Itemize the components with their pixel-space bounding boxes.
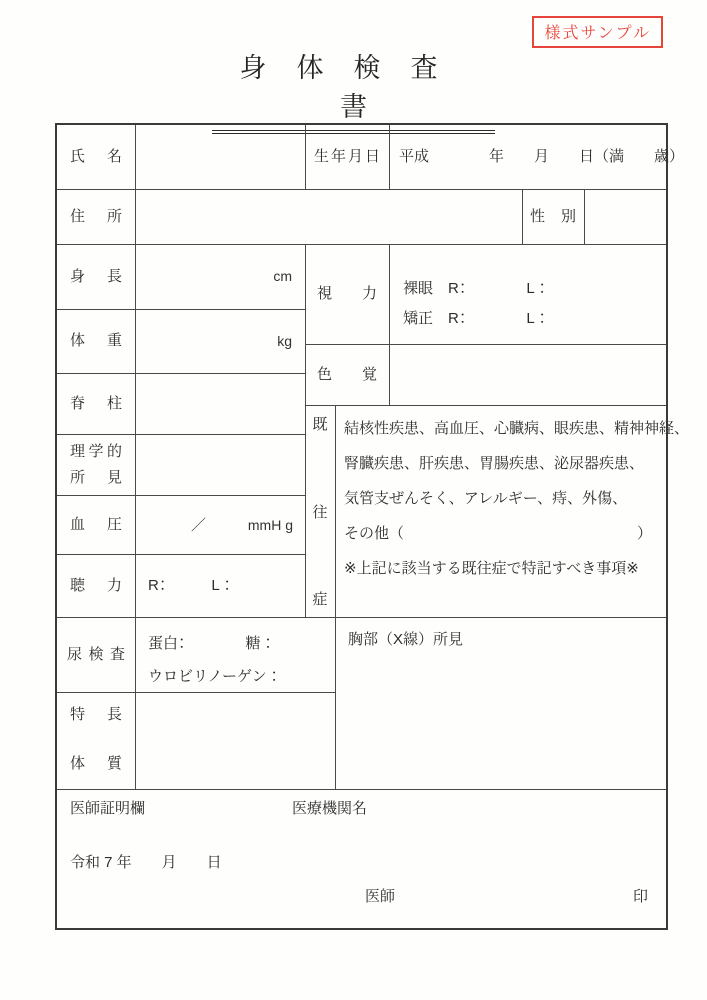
doctor-certification-label: 医師証明欄 (70, 797, 145, 818)
blood-pressure-value: ／ mmH g (136, 495, 305, 554)
history-label-char3: 症 (312, 588, 327, 609)
history-line: 気管支ぜんそく、アレルギー、痔、外傷、 (344, 481, 666, 516)
weight-label: 体 重 (57, 309, 135, 373)
history-content: 結核性疾患、高血圧、心臓病、眼疾患、精神神経、 腎臓疾患、肝疾患、胃腸疾患、泌尿… (335, 405, 666, 617)
exam-form-table: 氏 名 生年月日 平成 年 月 日（満 歳） 住 所 性 別 身 長 cm 体 … (55, 123, 668, 930)
physical-findings-value-cell (136, 434, 305, 495)
address-label: 住 所 (57, 189, 135, 244)
history-label-char1: 既 (312, 413, 327, 434)
certification-date: 令和 7 年 月 日 (70, 851, 222, 872)
seal-label: 印 (633, 885, 648, 906)
birthdate-label: 生年月日 (305, 125, 389, 189)
history-note: ※上記に該当する既往症で特記すべき事項※ (344, 551, 666, 586)
blood-pressure-slash: ／ (191, 514, 206, 535)
blood-pressure-label: 血 圧 (57, 495, 135, 554)
form-title-wrap: 身体検査書 (0, 46, 707, 134)
spine-label: 脊 柱 (57, 373, 135, 434)
weight-unit: kg (136, 309, 305, 373)
vision-label: 視 力 (305, 244, 389, 344)
format-sample-badge: 様式サンプル (532, 16, 663, 48)
history-line: 腎臓疾患、肝疾患、胃腸疾患、泌尿器疾患、 (344, 446, 666, 481)
hearing-value: R： L： (136, 554, 305, 617)
history-label-column: 既 往 症 (305, 405, 335, 617)
urine-test-label: 尿検査 (57, 617, 135, 692)
history-other-open: その他（ (344, 516, 404, 551)
urine-urobilinogen-line: ウロビリノーゲン： (148, 660, 335, 693)
urine-test-value: 蛋白： 糖： ウロビリノーゲン： (136, 617, 335, 692)
vision-value: 裸眼 R： L： 矯正 R： L： (389, 244, 666, 344)
history-other-line: その他（ ） (344, 516, 666, 551)
physical-findings-label-line1: 理学的 (70, 439, 122, 465)
history-line: 結核性疾患、高血圧、心臓病、眼疾患、精神神経、 (344, 411, 666, 446)
scanned-form-page: 様式サンプル 身体検査書 氏 名 生年月日 平成 年 月 日（満 歳） (0, 0, 707, 1000)
history-label-char2: 往 (312, 501, 327, 522)
color-vision-value-cell (389, 344, 666, 405)
vision-corrected-line: 矯正 R： L： (403, 304, 666, 334)
features-label: 特 長 (70, 705, 122, 725)
blood-pressure-unit: mmH g (248, 517, 293, 533)
page-title: 身体検査書 (240, 53, 468, 122)
birthdate-value: 平成 年 月 日（満 歳） (389, 125, 666, 189)
hearing-label: 聴 力 (57, 554, 135, 617)
urine-protein-sugar-line: 蛋白： 糖： (148, 627, 335, 660)
medical-institution-label: 医療機関名 (292, 797, 367, 818)
height-label: 身 長 (57, 244, 135, 309)
chest-xray-cell: 胸部（X線）所見 (335, 617, 666, 789)
sex-label: 性 別 (522, 189, 584, 244)
name-label: 氏 名 (57, 125, 135, 189)
height-unit: cm (136, 244, 305, 309)
physical-findings-label: 理学的 所 見 (57, 434, 135, 495)
features-value-cell (136, 692, 335, 789)
title-underline: 身体検査書 (212, 46, 495, 134)
color-vision-label: 色 覚 (305, 344, 389, 405)
sex-value-cell (584, 189, 666, 244)
spine-value-cell (136, 373, 305, 434)
features-label-cell: 特 長 体 質 (57, 692, 135, 789)
doctor-label: 医師 (365, 885, 395, 906)
physical-findings-label-line2: 所 見 (70, 465, 122, 491)
history-other-close: ） (637, 516, 652, 551)
vision-naked-line: 裸眼 R： L： (403, 274, 666, 304)
constitution-label: 体 質 (70, 754, 122, 774)
grid-line (57, 789, 666, 790)
address-value-cell (136, 189, 522, 244)
name-value-cell (136, 125, 305, 189)
